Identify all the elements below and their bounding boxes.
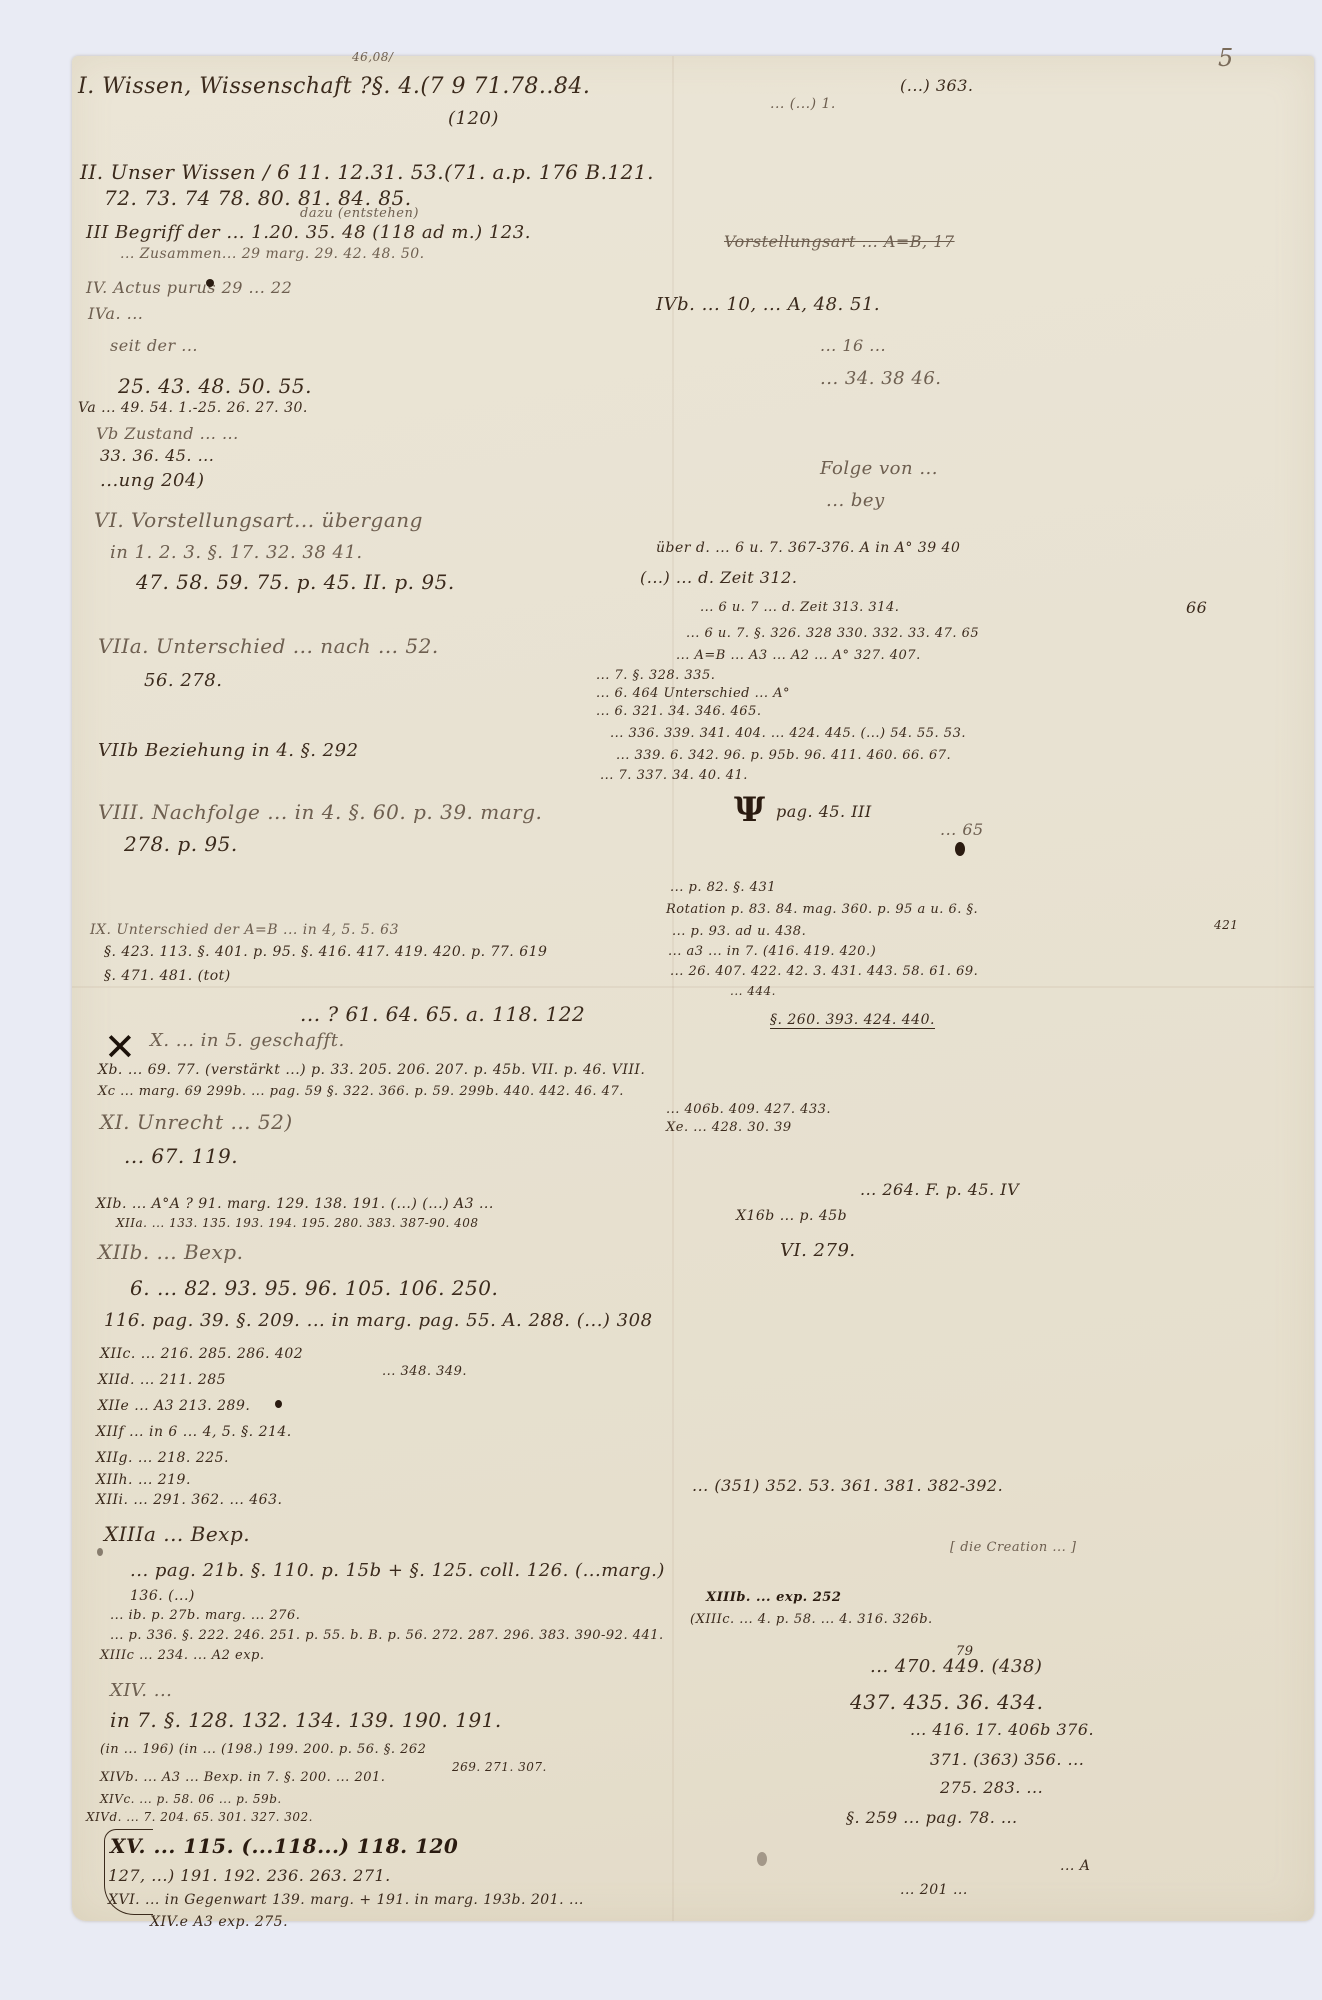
right-note-X16b: X16b ... p. 45b (736, 1208, 847, 1224)
right-note-14: ... 7. §. 328. 335. (596, 668, 715, 683)
entry-IVa: IVa. ... (88, 304, 143, 323)
right-note-top: (...) 363. (900, 76, 973, 95)
entry-XIVd: XIVd. ... 7. 204. 65. 301. 327. 302. (86, 1810, 313, 1824)
entry-XIb: XIb. ... A°A ? 91. marg. 129. 138. 191. … (96, 1196, 494, 1212)
right-note-15: ... 6. 464 Unterschied ... A° (596, 686, 790, 701)
entry-XIIIa: XIIIa ... Bexp. (104, 1522, 250, 1546)
entry-XIId: XIId. ... 211. 285 (98, 1372, 226, 1388)
entry-XIV-line2: in 7. §. 128. 132. 134. 139. 190. 191. (110, 1708, 502, 1732)
right-note-275: 275. 283. ... (940, 1778, 1043, 1797)
entry-Xc: Xc ... marg. 69 299b. ... pag. 59 §. 322… (98, 1084, 624, 1099)
ink-dot (206, 279, 214, 287)
entry-Xb: Xb. ... 69. 77. (verstärkt ...) p. 33. 2… (98, 1062, 645, 1078)
entry-VIII-line2: 278. p. 95. (124, 832, 238, 856)
right-note-rotation: Rotation p. 83. 84. mag. 360. p. 95 a u.… (666, 902, 978, 917)
entry-IVa-line3: 25. 43. 48. 50. 55. (118, 374, 312, 398)
entry-XIIc-note: ... 348. 349. (382, 1364, 467, 1379)
right-note-7: Folge von ... (820, 458, 938, 479)
entry-XI-line2: ... 67. 119. (124, 1144, 238, 1168)
entry-XIV: XIV. ... (110, 1680, 172, 1701)
superscript-note: 46,08/ (352, 50, 393, 64)
entry-XIIg: XIIg. ... 218. 225. (96, 1450, 229, 1466)
right-note-p93: ... p. 93. ad u. 438. (672, 924, 806, 939)
right-note-17: ... 336. 339. 341. 404. ... 424. 445. (.… (610, 726, 966, 741)
entry-VIIa: VIIa. Unterschied ... nach ... 52. (98, 634, 439, 658)
right-note-437: 437. 435. 36. 434. (850, 1690, 1043, 1714)
page-number: 5 (1218, 44, 1233, 72)
right-note-2: ... (...) 1. (770, 96, 836, 112)
entry-IX-cont: ... ? 61. 64. 65. a. 118. 122 (300, 1002, 585, 1026)
right-note-19: ... 7. 337. 34. 40. 41. (600, 768, 748, 783)
right-note-264: ... 264. F. p. 45. IV (860, 1180, 1019, 1199)
entry-Va: Va ... 49. 54. 1.-25. 26. 27. 30. (78, 400, 308, 416)
right-note-16: ... 6. 321. 34. 346. 465. (596, 704, 761, 719)
right-note-406b: ... 406b. 409. 427. 433. (666, 1102, 831, 1117)
entry-XIVb: XIVb. ... A3 ... Bexp. in 7. §. 200. ...… (100, 1770, 385, 1785)
right-note-creation: [ die Creation ... ] (950, 1540, 1076, 1555)
entry-VIII: VIII. Nachfolge ... in 4. §. 60. p. 39. … (98, 800, 542, 824)
paper-fold-vertical (672, 56, 674, 1921)
entry-II: II. Unser Wissen / 6 11. 12.31. 53.(71. … (80, 160, 654, 184)
entry-XIII-line3: ... ib. p. 27b. marg. ... 276. (110, 1608, 300, 1623)
entry-XV: XV. ... 115. (...118...) 118. 120 (110, 1834, 458, 1858)
entry-IX: IX. Unterschied der A=B ... in 4, 5. 5. … (90, 922, 399, 938)
right-note-371: 371. (363) 356. ... (930, 1750, 1084, 1769)
entry-VI-line3: 47. 58. 59. 75. p. 45. II. p. 95. (136, 570, 455, 594)
entry-X: X. ... in 5. geschafft. (150, 1030, 345, 1051)
entry-Vb-line2: 33. 36. 45. ... (100, 446, 214, 465)
entry-XIV-line3b: 269. 271. 307. (452, 1760, 547, 1774)
entry-XV-line2: 127, ...) 191. 192. 236. 263. 271. (108, 1866, 391, 1885)
right-note-18: ... 339. 6. 342. 96. p. 95b. 96. 411. 46… (616, 748, 951, 763)
entry-VIIa-line2: 56. 278. (144, 670, 222, 691)
right-note-11: ... 6 u. 7 ... d. Zeit 313. 314. (700, 600, 899, 615)
entry-XIIb: XIIb. ... Bexp. (98, 1240, 243, 1264)
right-note-struck: Vorstellungsart ... A=B, 17 (724, 232, 955, 251)
entry-XIIf: XIIf ... in 6 ... 4, 5. §. 214. (96, 1424, 292, 1440)
entry-XI: XI. Unrecht ... 52) (100, 1110, 293, 1134)
right-note-421: 421 (1214, 918, 1238, 932)
right-note-351: ... (351) 352. 53. 361. 381. 382-392. (692, 1476, 1003, 1495)
entry-XIIh: XIIh. ... 219. (96, 1472, 191, 1488)
entry-XVI: XVI. ... in Gegenwart 139. marg. + 191. … (108, 1892, 584, 1908)
paper-fold-horizontal (72, 986, 1314, 988)
ink-stain (97, 1548, 103, 1556)
entry-XIIa: XIIa. ... 133. 135. 193. 194. 195. 280. … (116, 1216, 479, 1230)
entry-Vb-line3: ...ung 204) (100, 470, 204, 491)
entry-VI-line2: in 1. 2. 3. §. 17. 32. 38 41. (110, 542, 363, 563)
entry-IX-line2: §. 423. 113. §. 401. p. 95. §. 416. 417.… (104, 944, 547, 960)
entry-XIII-line4: ... p. 336. §. 222. 246. 251. p. 55. b. … (110, 1628, 664, 1643)
entry-III-line2: ... Zusammen... 29 marg. 29. 42. 48. 50. (120, 246, 425, 262)
entry-III: III Begriff der ... 1.20. 35. 48 (118 ad… (86, 222, 531, 243)
entry-IVa-line2: seit der ... (110, 336, 198, 355)
right-note-260: §. 260. 393. 424. 440. (770, 1012, 935, 1029)
entry-XIIb-line2: 6. ... 82. 93. 95. 96. 105. 106. 250. (130, 1276, 498, 1300)
ink-stain (757, 1852, 767, 1866)
entry-XIIb-line3: 116. pag. 39. §. 209. ... in marg. pag. … (104, 1310, 653, 1331)
right-note-444: ... 444. (730, 984, 776, 998)
right-note-10: (...) ... d. Zeit 312. (640, 568, 797, 587)
right-note-pag45: pag. 45. III (776, 802, 872, 821)
right-entry-IVb: IVb. ... 10, ... A, 48. 51. (656, 294, 880, 315)
right-note-13: ... A=B ... A3 ... A2 ... A° 327. 407. (676, 648, 921, 663)
right-note-p82: ... p. 82. §. 431 (670, 880, 776, 895)
right-note-201: ... 201 ... (900, 1882, 968, 1898)
entry-XIIIc: XIIIc ... 234. ... A2 exp. (100, 1648, 264, 1663)
right-note-Xe: Xe. ... 428. 30. 39 (666, 1120, 792, 1135)
ink-blot (955, 842, 965, 856)
right-note-XIIIc: (XIIIc. ... 4. p. 58. ... 4. 316. 326b. (690, 1612, 933, 1627)
entry-XIVc: XIVc. ... p. 58. 06 ... p. 59b. (100, 1792, 282, 1806)
right-note-A: ... A (1060, 1858, 1090, 1874)
right-note-259: §. 259 ... pag. 78. ... (846, 1808, 1018, 1827)
right-note-VI279: VI. 279. (780, 1240, 856, 1261)
right-note-416: ... 416. 17. 406b 376. (910, 1720, 1094, 1739)
right-note-12: ... 6 u. 7. §. 326. 328 330. 332. 33. 47… (686, 626, 979, 641)
right-note-6: ... 34. 38 46. (820, 368, 942, 389)
entry-XIIi: XIIi. ... 291. 362. ... 463. (96, 1492, 282, 1508)
entry-XIIe: XIIe ... A3 213. 289. (98, 1398, 250, 1414)
entry-XIVe: XIV.e A3 exp. 275. (150, 1914, 288, 1930)
ink-dot (275, 1400, 282, 1408)
right-note-a3: ... a3 ... in 7. (416. 419. 420.) (668, 944, 876, 959)
right-note-79: 79 (956, 1644, 974, 1659)
right-note-470: ... 470. 449. (438) (870, 1656, 1042, 1677)
right-note-407: ... 26. 407. 422. 42. 3. 431. 443. 58. 6… (670, 964, 978, 979)
entry-I-sub: (120) (448, 108, 499, 129)
entry-VI: VI. Vorstellungsart... übergang (94, 508, 423, 532)
entry-IX-line3: §. 471. 481. (tot) (104, 968, 231, 984)
trident-mark-icon: Ψ (734, 790, 765, 830)
entry-VIIb: VIIb Beziehung in 4. §. 292 (98, 740, 359, 761)
entry-XIIc: XIIc. ... 216. 285. 286. 402 (100, 1346, 303, 1362)
entry-II-note: dazu (entstehen) (300, 206, 419, 221)
right-note-8: ... bey (826, 490, 885, 511)
right-note-65: ... 65 (940, 820, 984, 839)
entry-XIII-cont: ... pag. 21b. §. 110. p. 15b + §. 125. c… (130, 1560, 665, 1581)
right-note-12-margin: 66 (1186, 598, 1207, 617)
entry-XIV-line3: (in ... 196) (in ... (198.) 199. 200. p.… (100, 1742, 426, 1757)
right-note-9: über d. ... 6 u. 7. 367-376. A in A° 39 … (656, 540, 960, 556)
right-note-5: ... 16 ... (820, 336, 886, 355)
entry-IV: IV. Actus purus 29 ... 22 (86, 278, 292, 297)
right-note-XIIIb: XIIIb. ... exp. 252 (706, 1590, 841, 1605)
entry-Vb: Vb Zustand ... ... (96, 424, 239, 443)
entry-XIII-line2: 136. (...) (130, 1588, 195, 1604)
entry-I: I. Wissen, Wissenschaft ?§. 4.(7 9 71.78… (78, 74, 590, 99)
